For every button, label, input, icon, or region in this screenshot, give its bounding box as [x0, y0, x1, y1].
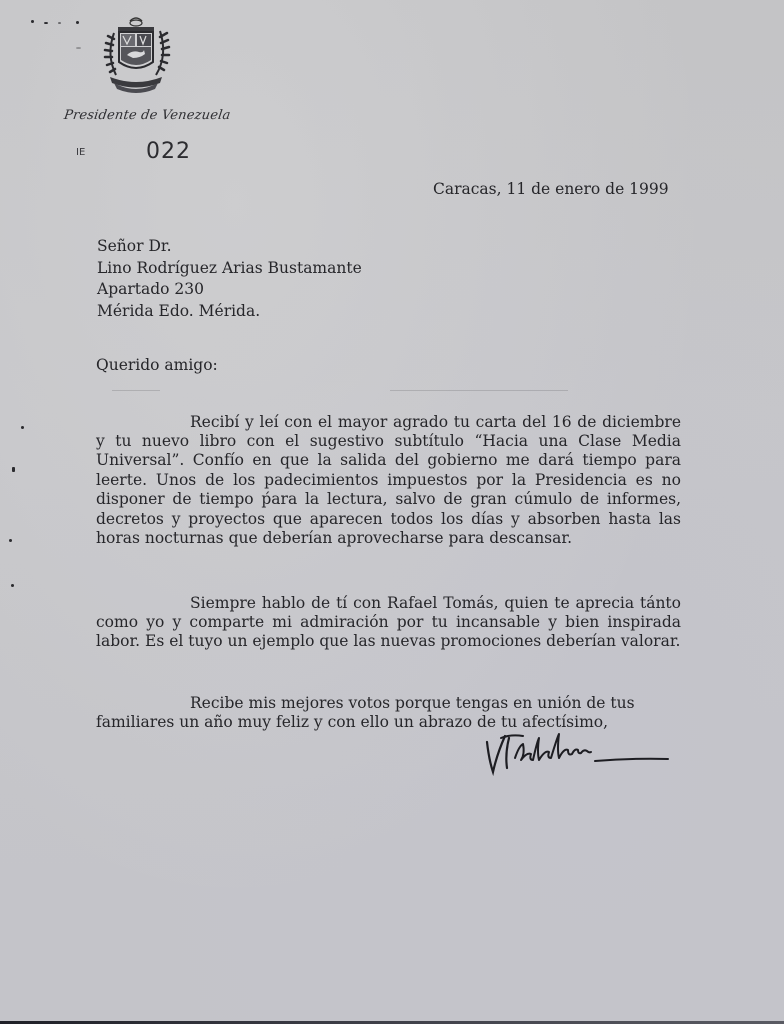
reference-number: 022 [146, 139, 191, 164]
reference-mark: IE [76, 147, 85, 158]
body-paragraph: Recibe mis mejores votos porque tengas e… [96, 694, 681, 733]
body-paragraph: Recibí y leí con el mayor agrado tu cart… [96, 413, 681, 549]
ink-speck [76, 21, 79, 24]
margin-mark [12, 467, 15, 472]
margin-mark [11, 584, 14, 587]
ink-speck [76, 47, 81, 49]
margin-mark [9, 539, 12, 542]
ink-speck [31, 20, 34, 23]
ink-speck [44, 22, 48, 24]
body-paragraph: Siempre hablo de tí con Rafael Tomás, qu… [96, 594, 681, 652]
margin-mark [21, 426, 24, 429]
letter-paper: Presidente de Venezuela IE 022 Caracas, … [0, 0, 784, 1021]
coat-of-arms-icon [100, 15, 172, 95]
salutation: Querido amigo: [96, 356, 218, 374]
recipient-address: Señor Dr. Lino Rodríguez Arias Bustamant… [97, 236, 362, 322]
faint-rule [112, 390, 160, 391]
ink-speck [58, 22, 61, 24]
recipient-line: Lino Rodríguez Arias Bustamante [97, 258, 362, 280]
recipient-line: Apartado 230 [97, 279, 362, 301]
letterhead-title: Presidente de Venezuela [63, 108, 232, 123]
faint-rule [390, 390, 568, 391]
signature-icon [483, 728, 673, 776]
date-line: Caracas, 11 de enero de 1999 [433, 180, 669, 198]
recipient-line: Mérida Edo. Mérida. [97, 301, 362, 323]
recipient-line: Señor Dr. [97, 236, 362, 258]
